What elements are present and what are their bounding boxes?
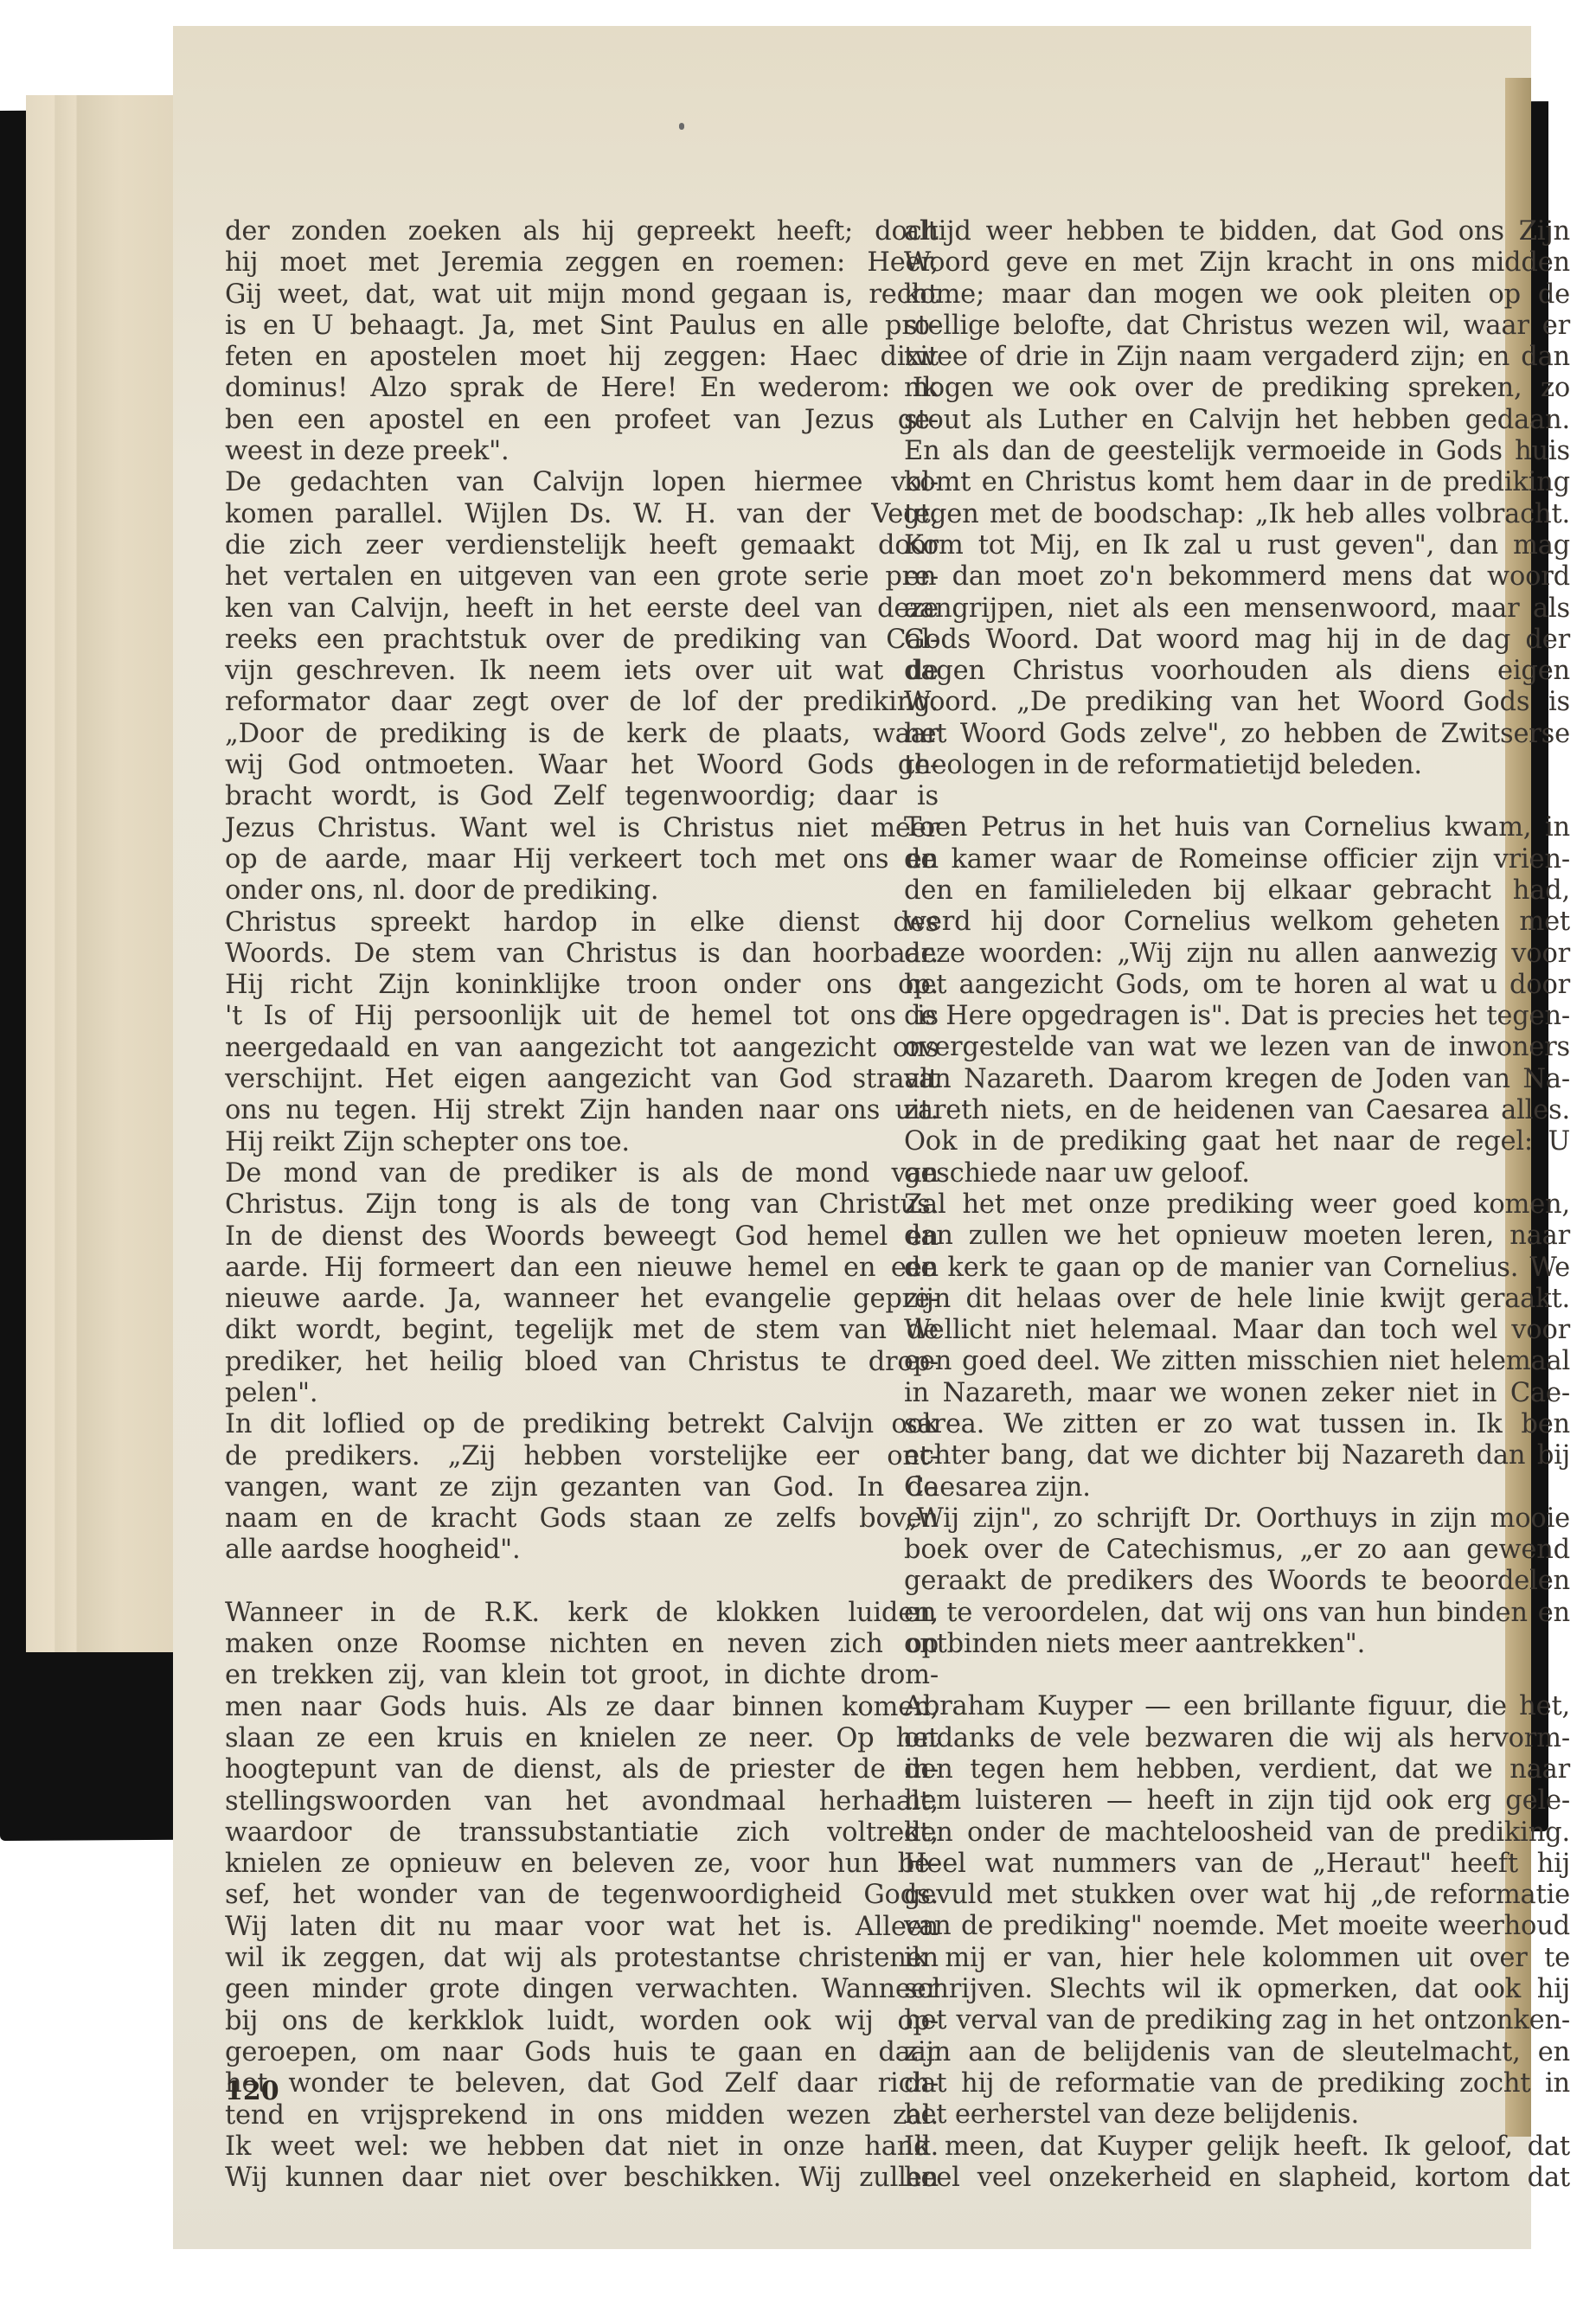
text-line: echter bang, dat we dichter bij Nazareth… (904, 1440, 1570, 1471)
text-line: theologen in de reformatietijd beleden. (904, 750, 1570, 781)
text-line: kome; maar dan mogen we ook pleiten op d… (904, 279, 1570, 311)
text-line: Ook in de prediking gaat het naar de reg… (904, 1126, 1570, 1157)
text-line: reeks een prachtstuk over de prediking v… (225, 625, 939, 656)
text-line: geroepen, om naar Gods huis te gaan en d… (225, 2037, 939, 2068)
text-line: pelen". (225, 1378, 939, 1409)
text-line: den onder de machteloosheid van de predi… (904, 1817, 1570, 1849)
text-line: bracht wordt, is God Zelf tegenwoordig; … (225, 781, 939, 812)
text-line: van de prediking" noemde. Met moeite wee… (904, 1911, 1570, 1942)
text-line: 't Is of Hij persoonlijk uit de hemel to… (225, 1001, 939, 1032)
paragraph: Wanneer in de R.K. kerk de klokken luide… (225, 1598, 939, 2195)
text-line: dominus! Alzo sprak de Here! En wederom:… (225, 373, 939, 404)
text-line: in Nazareth, maar we wonen zeker niet in… (904, 1378, 1570, 1409)
text-line: tegen met de boodschap: „Ik heb alles vo… (904, 499, 1570, 530)
text-line: van Nazareth. Daarom kregen de Joden van… (904, 1064, 1570, 1095)
text-line: naam en de kracht Gods staan ze zelfs bo… (225, 1503, 939, 1535)
text-line: wij God ontmoeten. Waar het Woord Gods g… (225, 750, 939, 781)
text-line: komen parallel. Wijlen Ds. W. H. van der… (225, 499, 939, 530)
paragraph: Christus spreekt hardop in elke dienst d… (225, 907, 939, 1158)
paragraph: „Wij zijn", zo schrijft Dr. Oorthuys in … (904, 1503, 1570, 1660)
paragraph: der zonden zoeken als hij gepreekt heeft… (225, 216, 939, 467)
text-line: bij ons de kerkklok luidt, worden ook wi… (225, 2006, 939, 2037)
text-line: dat hij de reformatie van de prediking z… (904, 2068, 1570, 2099)
text-line: maken onze Roomse nichten en neven zich … (225, 1629, 939, 1660)
text-line: geraakt de predikers des Woords te beoor… (904, 1566, 1570, 1597)
text-line: de predikers. „Zij hebben vorstelijke ee… (225, 1441, 939, 1472)
text-line: aarde. Hij formeert dan een nieuwe hemel… (225, 1253, 939, 1284)
text-line: en te veroordelen, dat wij ons van hun b… (904, 1598, 1570, 1629)
text-line: Christus spreekt hardop in elke dienst d… (225, 907, 939, 939)
text-line: heel veel onzekerheid en slapheid, korto… (904, 2163, 1570, 2194)
text-line: ben een apostel en een profeet van Jezus… (225, 405, 939, 436)
text-line: de kamer waar de Romeinse officier zijn … (904, 844, 1570, 875)
text-line: den en familieleden bij elkaar gebracht … (904, 875, 1570, 907)
text-line: In dit loflied op de prediking betrekt C… (225, 1409, 939, 1440)
text-line: zijn dit helaas over de hele linie kwijt… (904, 1284, 1570, 1315)
text-line: mogen we ook over de prediking spreken, … (904, 373, 1570, 404)
text-line: het eerherstel van deze belijdenis. (904, 2099, 1570, 2131)
text-line: zareth niets, en de heidenen van Caesare… (904, 1095, 1570, 1126)
text-line: schrijven. Slechts wil ik opmerken, dat … (904, 1974, 1570, 2005)
text-line: In de dienst des Woords beweegt God heme… (225, 1221, 939, 1253)
text-line: Kom tot Mij, en Ik zal u rust geven", da… (904, 530, 1570, 561)
text-line: weest in deze preek". (225, 436, 939, 467)
text-column-right: altijd weer hebben te bidden, dat God on… (904, 216, 1570, 2194)
text-line: hij moet met Jeremia zeggen en roemen: H… (225, 247, 939, 279)
text-line: verschijnt. Het eigen aangezicht van God… (225, 1064, 939, 1095)
paragraph: Abraham Kuyper — een brillante figuur, d… (904, 1691, 1570, 2131)
text-line: Toen Petrus in het huis van Cornelius kw… (904, 812, 1570, 843)
text-line: De gedachten van Calvijn lopen hiermee v… (225, 467, 939, 498)
text-line: gevuld met stukken over wat hij „de refo… (904, 1880, 1570, 1911)
text-line: alle aardse hoogheid". (225, 1535, 939, 1566)
text-line: sef, het wonder van de tegenwoordigheid … (225, 1880, 939, 1911)
text-line: Woord. „De prediking van het Woord Gods … (904, 687, 1570, 718)
text-line: het Woord Gods zelve", zo hebben de Zwit… (904, 719, 1570, 750)
text-line: sarea. We zitten er zo wat tussen in. Ik… (904, 1409, 1570, 1440)
page-number: 120 (225, 2076, 279, 2106)
text-line: wil ik zeggen, dat wij als protestantse … (225, 1943, 939, 1974)
paragraph: Toen Petrus in het huis van Cornelius kw… (904, 812, 1570, 1189)
text-line: die zich zeer verdienstelijk heeft gemaa… (225, 530, 939, 561)
paragraph: Zal het met onze prediking weer goed kom… (904, 1189, 1570, 1503)
text-line: dikt wordt, begint, tegelijk met de stem… (225, 1315, 939, 1346)
text-line: deze woorden: „Wij zijn nu allen aanwezi… (904, 939, 1570, 970)
text-line: Ik meen, dat Kuyper gelijk heeft. Ik gel… (904, 2131, 1570, 2163)
text-line: en trekken zij, van klein tot groot, in … (225, 1660, 939, 1691)
page-stack-edge (26, 95, 182, 1652)
text-line: stout als Luther en Calvijn het hebben g… (904, 405, 1570, 436)
text-line: Hij richt Zijn koninklijke troon onder o… (225, 970, 939, 1001)
text-line: Christus. Zijn tong is als de tong van C… (225, 1189, 939, 1221)
text-line: Ik weet wel: we hebben dat niet in onze … (225, 2131, 939, 2163)
text-line: onder ons, nl. door de prediking. (225, 875, 939, 907)
paragraph: Ik meen, dat Kuyper gelijk heeft. Ik gel… (904, 2131, 1570, 2195)
text-line: „Wij zijn", zo schrijft Dr. Oorthuys in … (904, 1503, 1570, 1535)
text-line: werd hij door Cornelius welkom geheten m… (904, 907, 1570, 938)
text-line: dan zullen we het opnieuw moeten leren, … (904, 1221, 1570, 1252)
text-line: Gods Woord. Dat woord mag hij in de dag … (904, 625, 1570, 656)
text-line: slaan ze een kruis en knielen ze neer. O… (225, 1723, 939, 1754)
text-line: de kerk te gaan op de manier van Corneli… (904, 1253, 1570, 1284)
text-line: vijn geschreven. Ik neem iets over uit w… (225, 656, 939, 687)
text-line: Woords. De stem van Christus is dan hoor… (225, 939, 939, 970)
paragraph: In dit loflied op de prediking betrekt C… (225, 1409, 939, 1566)
text-line: twee of drie in Zijn naam vergaderd zijn… (904, 342, 1570, 373)
text-line: Wij kunnen daar niet over beschikken. Wi… (225, 2163, 939, 2194)
text-line: Woord geve en met Zijn kracht in ons mid… (904, 247, 1570, 279)
text-line: Gij weet, dat, wat uit mijn mond gegaan … (225, 279, 939, 311)
text-line: feten en apostelen moet hij zeggen: Haec… (225, 342, 939, 373)
text-column-left: der zonden zoeken als hij gepreekt heeft… (225, 216, 939, 2194)
paragraph: De mond van de prediker is als de mond v… (225, 1158, 939, 1409)
text-line: ik mij er van, hier hele kolommen uit ov… (904, 1943, 1570, 1974)
text-line: nieuwe aarde. Ja, wanneer het evangelie … (225, 1284, 939, 1315)
text-line: De mond van de prediker is als de mond v… (225, 1158, 939, 1189)
text-line: reformator daar zegt over de lof der pre… (225, 687, 939, 718)
text-line: het verval van de prediking zag in het o… (904, 2005, 1570, 2036)
text-line: geen minder grote dingen verwachten. Wan… (225, 1974, 939, 2005)
paragraph: altijd weer hebben te bidden, dat God on… (904, 216, 1570, 781)
text-line: hem luisteren — heeft in zijn tijd ook e… (904, 1785, 1570, 1817)
text-line: En als dan de geestelijk vermoeide in Go… (904, 436, 1570, 467)
text-line: „Door de prediking is de kerk de plaats,… (225, 719, 939, 750)
text-line: en dan moet zo'n bekommerd mens dat woor… (904, 561, 1570, 593)
text-line: geschiede naar uw geloof. (904, 1158, 1570, 1189)
text-line: een goed deel. We zitten misschien niet … (904, 1346, 1570, 1377)
text-line: altijd weer hebben te bidden, dat God on… (904, 216, 1570, 247)
text-line: ons nu tegen. Hij strekt Zijn handen naa… (225, 1095, 939, 1126)
text-line: ken van Calvijn, heeft in het eerste dee… (225, 593, 939, 625)
text-line: op de aarde, maar Hij verkeert toch met … (225, 844, 939, 875)
text-line: waardoor de transsubstantiatie zich volt… (225, 1817, 939, 1849)
text-line: stellingswoorden van het avondmaal herha… (225, 1786, 939, 1817)
text-line: men naar Gods huis. Als ze daar binnen k… (225, 1692, 939, 1723)
text-line: de Here opgedragen is". Dat is precies h… (904, 1001, 1570, 1032)
text-line: Heel wat nummers van de „Heraut" heeft h… (904, 1849, 1570, 1880)
text-line: knielen ze opnieuw en beleven ze, voor h… (225, 1849, 939, 1880)
text-line: ondanks de vele bezwaren die wij als her… (904, 1723, 1570, 1754)
text-line: neergedaald en van aangezicht tot aangez… (225, 1033, 939, 1064)
text-line: den tegen hem hebben, verdient, dat we n… (904, 1754, 1570, 1785)
text-line: boek over de Catechismus, „er zo aan gew… (904, 1535, 1570, 1566)
text-line: komt en Christus komt hem daar in de pre… (904, 467, 1570, 498)
text-line: Wellicht niet helemaal. Maar dan toch we… (904, 1315, 1570, 1346)
text-line: het wonder te beleven, dat God Zelf daar… (225, 2068, 939, 2099)
text-line: overgestelde van wat we lezen van de inw… (904, 1032, 1570, 1063)
text-line: Hij reikt Zijn schepter ons toe. (225, 1127, 939, 1158)
text-line: der zonden zoeken als hij gepreekt heeft… (225, 216, 939, 247)
text-line: Zal het met onze prediking weer goed kom… (904, 1189, 1570, 1221)
text-line: stellige belofte, dat Christus wezen wil… (904, 311, 1570, 342)
text-line: Wanneer in de R.K. kerk de klokken luide… (225, 1598, 939, 1629)
text-line: het aangezicht Gods, om te horen al wat … (904, 970, 1570, 1001)
text-line: is en U behaagt. Ja, met Sint Paulus en … (225, 311, 939, 342)
paragraph: De gedachten van Calvijn lopen hiermee v… (225, 467, 939, 907)
ink-mark (679, 123, 684, 130)
text-line: vangen, want ze zijn gezanten van God. I… (225, 1472, 939, 1503)
text-line: Wij laten dit nu maar voor wat het is. A… (225, 1912, 939, 1943)
text-line: dagen Christus voorhouden als diens eige… (904, 656, 1570, 687)
text-line: aangrijpen, niet als een mensenwoord, ma… (904, 593, 1570, 625)
text-line: Abraham Kuyper — een brillante figuur, d… (904, 1691, 1570, 1722)
text-line: hoogtepunt van de dienst, als de prieste… (225, 1754, 939, 1785)
text-line: tend en vrijsprekend in ons midden wezen… (225, 2100, 939, 2131)
text-line: ontbinden niets meer aantrekken". (904, 1629, 1570, 1660)
text-line: Caesarea zijn. (904, 1472, 1570, 1503)
text-line: het vertalen en uitgeven van een grote s… (225, 561, 939, 593)
text-line: zijn aan de belijdenis van de sleutelmac… (904, 2037, 1570, 2068)
text-line: prediker, het heilig bloed van Christus … (225, 1347, 939, 1378)
text-line: Jezus Christus. Want wel is Christus nie… (225, 813, 939, 844)
